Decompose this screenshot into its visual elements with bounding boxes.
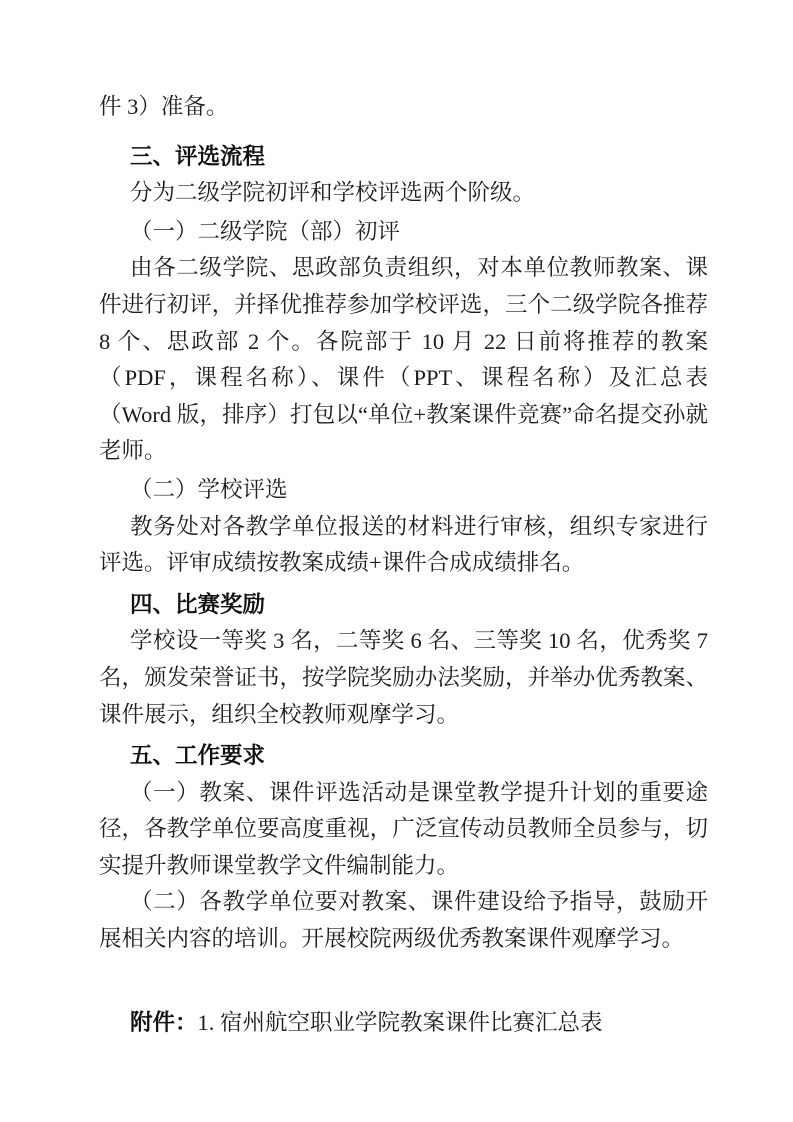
subsection-label-school-selection: （二）学校评选 bbox=[99, 472, 708, 509]
body-paragraph: 分为二级学院初评和学校评选两个阶级。 bbox=[99, 175, 708, 212]
body-paragraph: 教务处对各教学单位报送的材料进行审核，组织专家进行评选。评审成绩按教案成绩+课件… bbox=[99, 509, 708, 582]
document-page: 件 3）准备。 三、评选流程 分为二级学院初评和学校评选两个阶级。 （一）二级学… bbox=[0, 0, 793, 1122]
attachment-line: 附件：1. 宿州航空职业学院教案课件比赛汇总表 bbox=[99, 1005, 708, 1042]
attachment-label: 附件： bbox=[130, 1010, 198, 1035]
body-paragraph: 由各二级学院、思政部负责组织，对本单位教师教案、课件进行初评，并择优推荐参加学校… bbox=[99, 250, 708, 470]
body-paragraph: （二）各教学单位要对教案、课件建设给予指导，鼓励开展相关内容的培训。开展校院两级… bbox=[99, 884, 708, 957]
section-heading-work-requirements: 五、工作要求 bbox=[99, 738, 708, 775]
body-paragraph: 学校设一等奖 3 名，二等奖 6 名、三等奖 10 名，优秀奖 7 名，颁发荣誉… bbox=[99, 623, 708, 733]
attachment-text: 1. 宿州航空职业学院教案课件比赛汇总表 bbox=[198, 1010, 603, 1035]
section-heading-evaluation-process: 三、评选流程 bbox=[99, 139, 708, 176]
body-paragraph: （一）教案、课件评选活动是课堂教学提升计划的重要途径，各教学单位要高度重视，广泛… bbox=[99, 775, 708, 885]
paragraph-continuation: 件 3）准备。 bbox=[99, 89, 708, 126]
subsection-label-college-preliminary: （一）二级学院（部）初评 bbox=[99, 214, 708, 251]
section-heading-competition-awards: 四、比赛奖励 bbox=[99, 587, 708, 624]
